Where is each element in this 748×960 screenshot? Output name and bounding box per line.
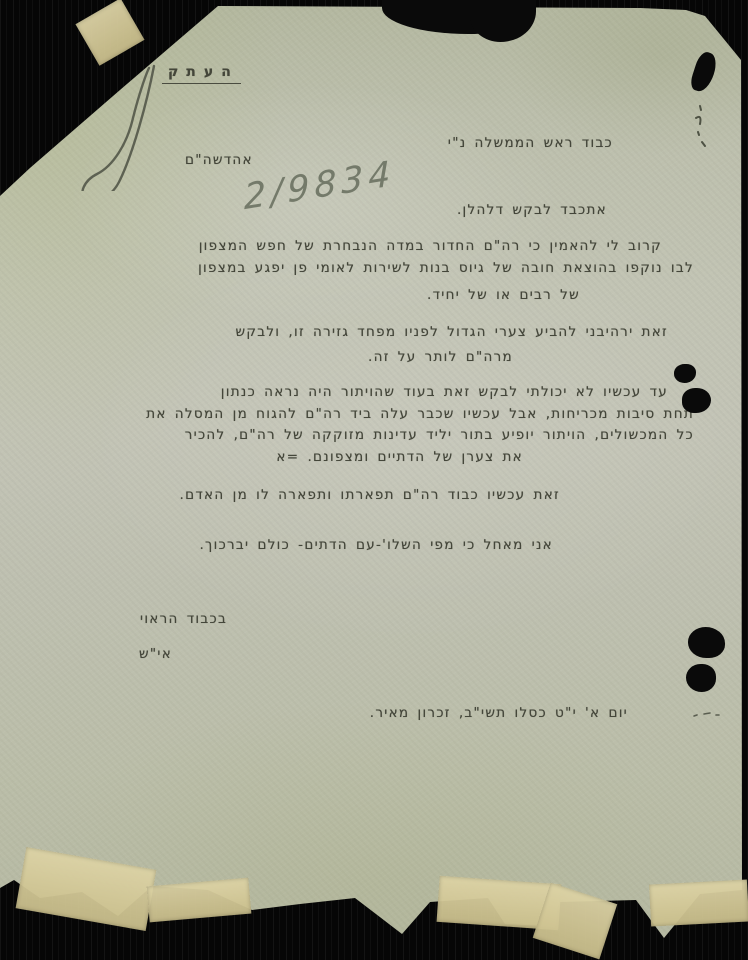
paragraph-1-line-3: של רבים או של יחיד. bbox=[427, 287, 580, 303]
paragraph-3-line-2: תחת סיבות מכריחות, אבל עכשיו שכבר עלה בי… bbox=[146, 406, 694, 422]
recipient-line: כבוד ראש הממשלה נ"י bbox=[448, 135, 613, 151]
paragraph-2-line-1: זאת ירהיבני להביע צערי הגדול לפניו מפחד … bbox=[235, 324, 668, 340]
paragraph-3-line-3: כל המכשולים, הויתור יופיע בתור יליד עדינ… bbox=[185, 427, 694, 443]
paragraph-3-line-1: עד עכשיו לא יכולתי לבקש זאת בעוד שהויתור… bbox=[221, 384, 668, 400]
paragraph-3-line-4: את צערן של הדתיים ומצפונם. =א bbox=[276, 449, 523, 465]
copy-label: העתק bbox=[162, 64, 241, 84]
paragraph-1-line-2: לבו נוקפו בהוצאת חובה של גיוס בנות לשירו… bbox=[198, 260, 694, 276]
paragraph-4-line: זאת עכשיו כבוד רה"ם תפארתו ותפארה לו מן … bbox=[180, 487, 560, 503]
opening-line: אתכבד לבקש דלהלן. bbox=[457, 202, 607, 218]
paragraph-5-line: אני מאחל כי מפי השלו'-עם הדתים- כולם יבר… bbox=[199, 537, 553, 553]
pencil-scribble bbox=[688, 104, 714, 148]
tape-piece bbox=[649, 879, 748, 926]
punch-hole bbox=[688, 627, 725, 658]
paragraph-2-line-2: מרה"ם לותר על זה. bbox=[368, 349, 513, 365]
handwritten-reference-number: 2/9834 bbox=[244, 154, 396, 218]
date-place-line: יום א' י"ט כסלו תשי"ב, זכרון מאיר. bbox=[370, 705, 628, 721]
punch-hole bbox=[686, 664, 716, 692]
signature-initials: אי"ש bbox=[139, 646, 172, 662]
greeting-abbreviation: אהדשה"ם bbox=[185, 152, 253, 168]
paragraph-1-line-1: קרוב לי להאמין כי רה"ם החדור במדה הנבחרת… bbox=[199, 238, 662, 254]
closing-line: בכבוד הראוי bbox=[140, 611, 227, 627]
paper-sheet: העתק כבוד ראש הממשלה נ"י אהדשה"ם 2/9834 … bbox=[0, 0, 748, 960]
pencil-scribble bbox=[692, 708, 726, 720]
